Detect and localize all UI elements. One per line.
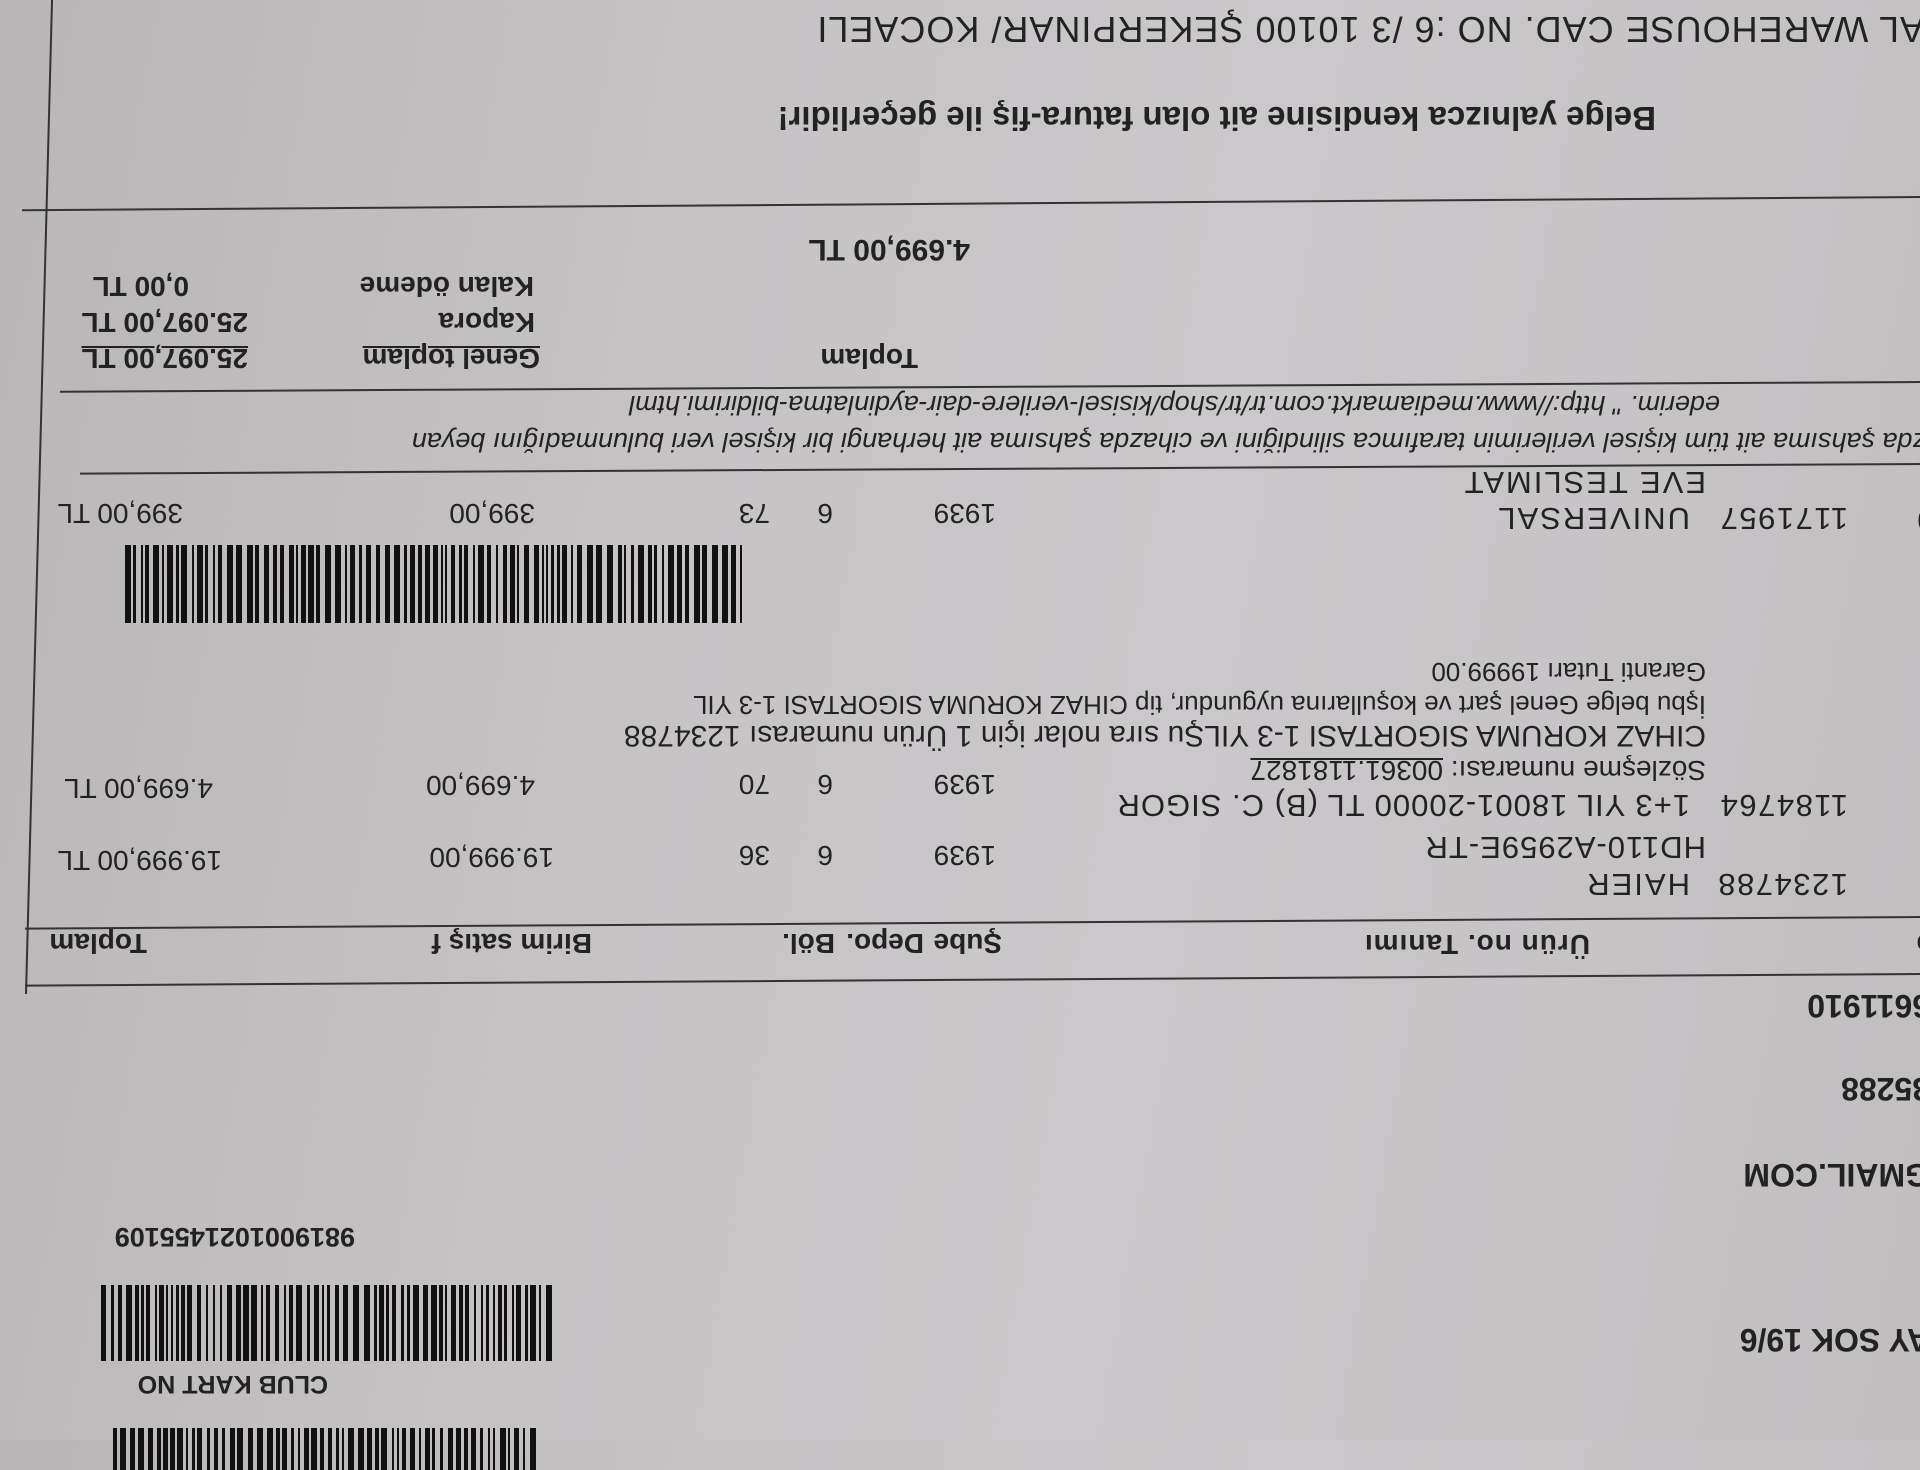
barcode-bar xyxy=(207,1428,210,1440)
barcode-bar xyxy=(367,1428,372,1440)
barcode-bar xyxy=(220,1285,222,1361)
barcode-bar xyxy=(534,545,539,623)
barcode-bar xyxy=(459,545,462,623)
barcode-bar xyxy=(163,1428,168,1440)
barcode-bar xyxy=(639,545,645,623)
barcode-bar xyxy=(397,1428,399,1440)
barcode-bar xyxy=(177,1428,183,1440)
barcode-bar xyxy=(166,1285,168,1361)
barcode-bar xyxy=(348,1428,354,1440)
barcode-bar xyxy=(596,545,602,623)
barcode-bar xyxy=(230,1428,235,1440)
cell-unit-price: 4.699,00 xyxy=(426,771,535,799)
barcode-bar xyxy=(386,1285,389,1361)
barcode-bar xyxy=(322,1285,324,1361)
barcode-bar xyxy=(181,1285,185,1361)
barcode-bar xyxy=(251,1285,257,1361)
barcode-bar xyxy=(336,1428,339,1440)
barcode-bar xyxy=(146,1285,150,1361)
barcode-bar xyxy=(488,1428,490,1440)
barcode-bar xyxy=(557,545,560,623)
barcode-bar xyxy=(516,1285,521,1361)
barcode-bar xyxy=(227,1285,232,1361)
barcode-bar xyxy=(205,545,208,623)
barcode-bar xyxy=(327,1285,330,1361)
club-card-barcode xyxy=(92,1285,552,1361)
barcode-bar xyxy=(413,1285,419,1361)
barcode-bar xyxy=(325,545,331,623)
barcode-bar xyxy=(381,1428,387,1440)
barcode-bar xyxy=(335,545,341,623)
barcode-bar xyxy=(266,1285,270,1361)
barcode-bar xyxy=(335,1285,339,1361)
cell-depo: 6 xyxy=(817,499,833,527)
customer-id: 6611910 xyxy=(1807,990,1920,1022)
barcode-bar xyxy=(385,545,390,623)
barcode-bar xyxy=(145,545,149,623)
declaration-link[interactable]: ederim. " http://www.mediamarkt.com.tr/t… xyxy=(629,391,1720,418)
barcode-bar xyxy=(328,1428,332,1440)
barcode-bar xyxy=(493,1428,495,1440)
barcode-bar xyxy=(624,545,626,623)
barcode-bar xyxy=(487,545,491,623)
barcode-bar xyxy=(273,545,277,623)
declaration-text: zda şahsıma ait tüm kişisel verilerimin … xyxy=(412,428,1920,455)
barcode-bar xyxy=(153,545,159,623)
barcode-bar xyxy=(677,545,682,623)
kalan-odeme-value: 0,00 TL xyxy=(93,272,189,300)
barcode-bar xyxy=(392,1285,396,1361)
barcode-bar xyxy=(407,1285,410,1361)
barcode-bar xyxy=(176,1285,179,1361)
barcode-bar xyxy=(159,1285,164,1361)
cell-bol: 73 xyxy=(739,499,770,527)
barcode-bar xyxy=(342,1428,344,1440)
customer-number: 35288 xyxy=(1841,1073,1920,1105)
barcode-bar xyxy=(267,1428,273,1440)
barcode-bar xyxy=(301,545,306,623)
kapora-value: 25.097,00 TL xyxy=(81,308,248,336)
barcode-bar xyxy=(236,545,242,623)
barcode-bar xyxy=(525,1285,528,1361)
barcode-bar xyxy=(280,545,284,623)
barcode-bar xyxy=(141,545,143,623)
barcode-bar xyxy=(167,545,173,623)
barcode-bar xyxy=(662,545,664,623)
barcode-bar xyxy=(237,1428,243,1440)
genel-toplam-value: 25.097,00 TL xyxy=(81,344,248,372)
barcode-bar xyxy=(364,1285,370,1361)
barcode-bar xyxy=(496,545,498,623)
barcode-bar xyxy=(517,545,519,623)
barcode-bar xyxy=(471,1428,476,1440)
second-barcode xyxy=(104,1428,536,1440)
barcode-bar xyxy=(402,1428,406,1440)
barcode-bar xyxy=(308,545,314,623)
product-barcode xyxy=(120,545,742,623)
barcode-bar xyxy=(291,1428,294,1440)
barcode-bar xyxy=(530,1285,536,1361)
cell-bol: 70 xyxy=(739,770,770,798)
barcode-bar xyxy=(289,1285,293,1361)
barcode-bar xyxy=(206,1285,208,1361)
barcode-bar xyxy=(111,1285,114,1361)
barcode-bar xyxy=(366,545,371,623)
genel-toplam-label: Genel toplam xyxy=(363,344,540,372)
barcode-bar xyxy=(418,545,422,623)
kapora-label: Kapora xyxy=(439,308,535,336)
barcode-bar xyxy=(465,1285,469,1361)
barcode-bar xyxy=(141,1285,144,1361)
barcode-bar xyxy=(298,1428,300,1440)
barcode-bar xyxy=(126,1285,132,1361)
barcode-bar xyxy=(694,545,700,623)
col-unit-price-header: Birim satış f xyxy=(432,929,592,957)
barcode-bar xyxy=(101,1285,106,1361)
barcode-bar xyxy=(138,1428,144,1440)
barcode-bar xyxy=(197,1428,202,1440)
barcode-bar xyxy=(213,545,215,623)
barcode-bar xyxy=(712,545,718,623)
barcode-bar xyxy=(448,1428,453,1440)
barcode-bar xyxy=(512,1285,514,1361)
barcode-bar xyxy=(186,1428,188,1440)
barcode-bar xyxy=(118,1285,122,1361)
barcode-bar xyxy=(248,1428,253,1440)
barcode-bar xyxy=(425,1428,430,1440)
barcode-bar xyxy=(392,1428,394,1440)
barcode-bar xyxy=(376,545,380,623)
cell-depo: 6 xyxy=(817,841,833,869)
barcode-bar xyxy=(432,1428,435,1440)
barcode-bar xyxy=(125,545,131,623)
barcode-bar xyxy=(120,1428,126,1440)
barcode-bar xyxy=(542,545,544,623)
barcode-bar xyxy=(493,1285,495,1361)
barcode-bar xyxy=(474,1285,476,1361)
barcode-bar xyxy=(410,1428,415,1440)
barcode-bar xyxy=(740,545,742,623)
barcode-bar xyxy=(247,545,253,623)
barcode-bar xyxy=(192,545,195,623)
club-card-number: 9819001021455109 xyxy=(115,1223,355,1250)
barcode-bar xyxy=(631,545,635,623)
barcode-bar xyxy=(148,1428,153,1440)
product-description: UNIVERSAL xyxy=(1496,503,1690,534)
barcode-bar xyxy=(243,1285,249,1361)
barcode-bar xyxy=(176,545,179,623)
barcode-bar xyxy=(464,545,468,623)
barcode-bar xyxy=(155,1285,157,1361)
barcode-bar xyxy=(113,1428,117,1440)
product-model: HD110-A2959E-TR xyxy=(1425,832,1706,863)
barcode-bar xyxy=(264,545,269,623)
barcode-bar xyxy=(571,545,573,623)
barcode-bar xyxy=(480,1428,483,1440)
barcode-bar xyxy=(546,545,548,623)
col-bol-header: Böl. xyxy=(782,929,835,957)
table-right-border xyxy=(25,0,53,994)
cell-unit-price: 399,00 xyxy=(449,499,535,527)
toplam-value: 4.699,00 TL xyxy=(808,234,970,264)
table-top-rule xyxy=(25,973,1920,987)
barcode-bar xyxy=(275,1285,279,1361)
barcode-bar xyxy=(431,1285,437,1361)
barcode-bar xyxy=(456,1428,461,1440)
store-address: AL WAREHOUSE CAD. NO :6 /3 10100 ŞEKERPI… xyxy=(816,11,1920,47)
barcode-bar xyxy=(311,1428,317,1440)
barcode-bar xyxy=(359,545,362,623)
cell-total: 399,00 TL xyxy=(57,499,183,527)
barcode-bar xyxy=(618,545,622,623)
barcode-bar xyxy=(162,545,164,623)
barcode-bar xyxy=(353,1285,359,1361)
barcode-bar xyxy=(282,1428,287,1440)
barcode-bar xyxy=(524,545,529,623)
barcode-bar xyxy=(261,1285,263,1361)
barcode-bar xyxy=(316,545,320,623)
barcode-bar xyxy=(551,545,554,623)
barcode-bar xyxy=(464,1428,468,1440)
cell-total: 4.699,00 TL xyxy=(64,774,213,802)
warranty-amount: Garanti Tutarı 19999.00 xyxy=(1431,659,1706,685)
barcode-bar xyxy=(486,1285,489,1361)
contract-number: 00361.1181827 xyxy=(1250,755,1443,786)
barcode-bar xyxy=(473,545,475,623)
cell-sube: 1939 xyxy=(934,499,996,527)
barcode-bar xyxy=(213,1285,215,1361)
barcode-bar xyxy=(459,1285,463,1361)
toplam-label: Toplam xyxy=(821,344,918,372)
barcode-bar xyxy=(702,545,707,623)
product-number: 1184764 xyxy=(1719,790,1848,821)
barcode-bar xyxy=(192,1428,195,1440)
cell-sube: 1939 xyxy=(934,770,996,798)
barcode-bar xyxy=(439,1285,443,1361)
barcode-bar xyxy=(197,1285,201,1361)
barcode-bar xyxy=(546,1285,552,1361)
barcode-bar xyxy=(445,1285,447,1361)
customer-address: AY SOK 19/6 xyxy=(1740,1324,1920,1356)
barcode-bar xyxy=(214,1428,218,1440)
barcode-bar xyxy=(320,1428,324,1440)
col-product-header: Ürün no. Tanımı xyxy=(1364,930,1590,958)
customer-email: GMAIL.COM xyxy=(1743,1159,1920,1191)
barcode-bar xyxy=(289,545,294,623)
barcode-bar xyxy=(539,1285,541,1361)
contract-line: Sözleşme numarası: 00361.1181827 xyxy=(1250,756,1706,784)
barcode-bar xyxy=(222,1428,225,1440)
barcode-bar xyxy=(530,1428,536,1440)
cell-total: 19.999,00 TL xyxy=(57,846,222,874)
validity-note: Belge yalnızca kendisine ait olan fatura… xyxy=(778,102,1656,135)
barcode-bar xyxy=(451,1285,456,1361)
barcode-bar xyxy=(135,1285,139,1361)
barcode-bar xyxy=(498,1285,502,1361)
barcode-bar xyxy=(181,545,187,623)
barcode-bar xyxy=(419,1428,421,1440)
barcode-bar xyxy=(685,545,689,623)
barcode-bar xyxy=(500,1428,506,1440)
cell-sube: 1939 xyxy=(934,841,996,869)
barcode-bar xyxy=(510,545,515,623)
barcode-bar xyxy=(304,1428,309,1440)
barcode-bar xyxy=(350,545,355,623)
terms-line: İşbu belge Genel şart ve koşullarına uyg… xyxy=(693,692,1706,718)
barcode-bar xyxy=(654,545,657,623)
barcode-bar xyxy=(404,545,407,623)
barcode-bar xyxy=(379,1285,384,1361)
barcode-bar xyxy=(343,1285,348,1361)
barcode-bar xyxy=(171,1285,173,1361)
barcode-bar xyxy=(374,1285,377,1361)
col-sube-header: Şube xyxy=(934,929,1002,957)
barcode-bar xyxy=(445,545,447,623)
cell-unit-price: 19.999,00 xyxy=(429,843,554,871)
barcode-bar xyxy=(296,545,298,623)
barcode-bar xyxy=(433,545,438,623)
barcode-bar xyxy=(508,1428,510,1440)
barcode-bar xyxy=(296,1285,302,1361)
barcode-bar xyxy=(481,1285,483,1361)
barcode-bar xyxy=(562,545,567,623)
barcode-bar xyxy=(523,1428,525,1440)
totals-bottom-rule xyxy=(22,196,1920,211)
barcode-bar xyxy=(276,1428,280,1440)
barcode-bar xyxy=(375,1428,379,1440)
barcode-bar xyxy=(478,545,484,623)
barcode-bar xyxy=(307,1285,310,1361)
insurance-line: CIHAZ KORUMA SIGORTASI 1-3 YILŞu sıra no… xyxy=(624,720,1706,750)
cell-depo: 6 xyxy=(817,770,833,798)
barcode-bar xyxy=(227,545,233,623)
product-number: 1171957 xyxy=(1719,503,1848,534)
barcode-bar xyxy=(514,1428,519,1440)
product-description: 1+3 YIL 18001-20000 TL (B) C. SIGOR xyxy=(1116,790,1690,821)
barcode-bar xyxy=(577,545,582,623)
barcode-bar xyxy=(345,545,347,623)
col-index-header: o xyxy=(1916,930,1920,958)
barcode-bar xyxy=(423,1285,428,1361)
barcode-bar xyxy=(731,545,736,623)
club-card-label: CLUB KART NO xyxy=(138,1371,328,1396)
barcode-bar xyxy=(587,545,593,623)
barcode-bar xyxy=(284,1285,286,1361)
barcode-bar xyxy=(130,1428,135,1440)
barcode-bar xyxy=(314,1285,319,1361)
col-total-header: Toplam xyxy=(50,929,147,957)
product-brand: HAIER xyxy=(1585,869,1690,900)
barcode-bar xyxy=(425,545,430,623)
barcode-bar xyxy=(440,1428,443,1440)
receipt-paper: 9819001021455109 CLUB KART NO AY SOK 19/… xyxy=(0,0,1920,1440)
barcode-bar xyxy=(410,545,416,623)
col-depo-header: Depo. xyxy=(846,929,924,957)
barcode-bar xyxy=(257,1428,263,1440)
barcode-bar xyxy=(401,1285,404,1361)
barcode-bar xyxy=(668,545,674,623)
cell-bol: 36 xyxy=(739,841,770,869)
barcode-bar xyxy=(503,545,507,623)
delivery-type: EVE TESLIMAT xyxy=(1463,467,1706,498)
barcode-bar xyxy=(394,545,400,623)
barcode-bar xyxy=(722,545,728,623)
barcode-bar xyxy=(157,1428,161,1440)
barcode-bar xyxy=(133,545,136,623)
barcode-bar xyxy=(170,1428,175,1440)
kalan-odeme-label: Kalan ödeme xyxy=(360,272,534,300)
product-number: 1234788 xyxy=(1717,869,1848,900)
barcode-bar xyxy=(648,545,652,623)
barcode-bar xyxy=(236,1285,241,1361)
barcode-bar xyxy=(504,1285,507,1361)
barcode-bar xyxy=(218,545,222,623)
barcode-bar xyxy=(441,545,443,623)
barcode-bar xyxy=(358,1428,364,1440)
barcode-bar xyxy=(198,545,204,623)
barcode-bar xyxy=(607,545,613,623)
barcode-bar xyxy=(255,545,259,623)
barcode-bar xyxy=(451,545,455,623)
barcode-bar xyxy=(187,1285,192,1361)
